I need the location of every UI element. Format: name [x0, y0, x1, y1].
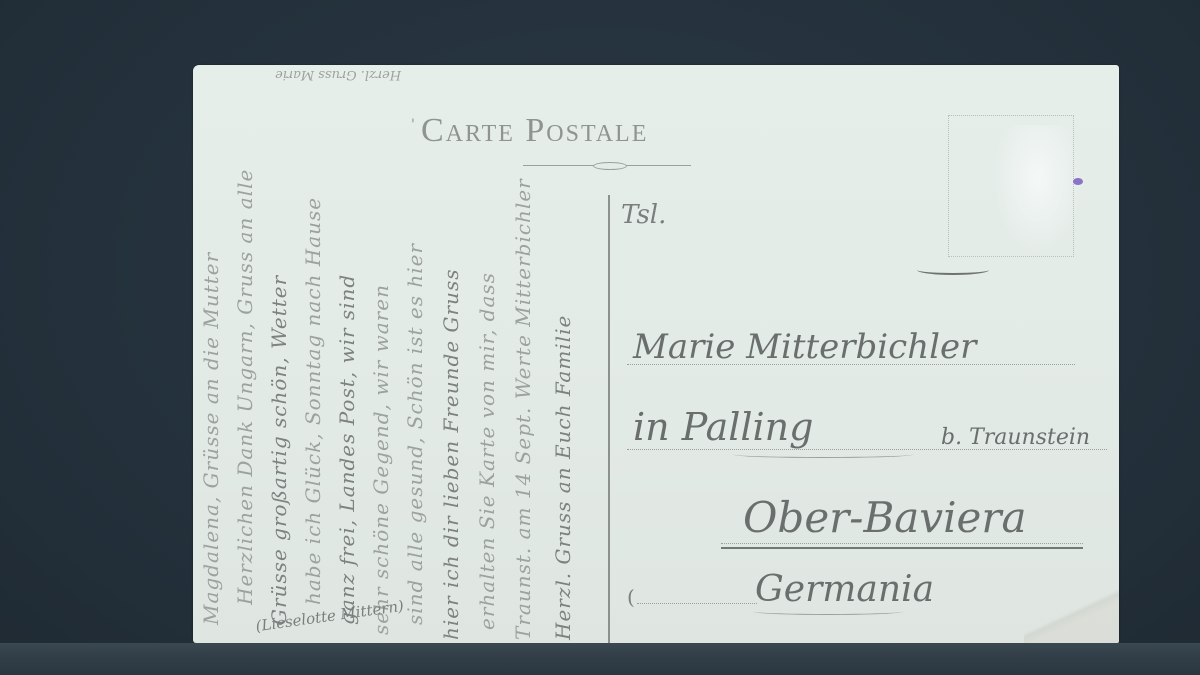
- message-line: Traunst. am 14 Sept. Werte Mitterbichler: [511, 178, 535, 640]
- message-address-divider: [608, 195, 610, 643]
- postcard-title: Carte Postale: [421, 112, 648, 150]
- message-line: sind alle gesund, Schön ist es hier: [403, 243, 427, 625]
- salutation-text: Tsl.: [621, 200, 666, 230]
- message-line: Grüsse großartig schön, Wetter: [267, 275, 291, 625]
- stamp-box: [948, 115, 1074, 257]
- message-line: habe ich Glück, Sonntag nach Hause: [301, 197, 325, 605]
- message-line: sehr schöne Gegend, wir waren: [369, 284, 393, 635]
- message-line: erhalten Sie Karte von mir, dass: [475, 272, 499, 630]
- town-underline: [733, 451, 913, 458]
- title-mark: ': [411, 117, 415, 133]
- recipient-town: in Palling: [633, 405, 813, 449]
- recipient-region: Ober-Baviera: [743, 493, 1026, 542]
- table-edge: [0, 643, 1200, 675]
- ornament-knot: [593, 162, 627, 170]
- recipient-country: Germania: [755, 569, 934, 610]
- message-line: Herzl. Gruss an Euch Familie: [551, 315, 575, 640]
- top-note-handwriting: Herzl. Gruss Marie: [275, 67, 401, 82]
- country-underline: [753, 608, 903, 615]
- message-line: ganz frei, Landes Post, wir sind: [335, 274, 359, 625]
- recipient-town-note: b. Traunstein: [941, 425, 1090, 450]
- message-line: Herzlichen Dank Ungarn, Gruss an alle: [233, 169, 257, 605]
- address-line-3-rule: [721, 543, 1083, 544]
- title-ornament: [523, 163, 691, 169]
- address-line-4-rule: [637, 603, 757, 604]
- paren-mark: (: [627, 585, 635, 609]
- recipient-name: Marie Mitterbichler: [633, 327, 976, 367]
- pen-stroke-mark: [917, 265, 989, 275]
- postcard: Herzl. Gruss Marie ' Carte Postale Magda…: [193, 65, 1119, 643]
- region-underline: [721, 547, 1083, 549]
- violet-ink-spot: [1073, 178, 1083, 185]
- message-line: Magdalena, Grüsse an die Mutter: [199, 252, 223, 625]
- message-line: hier ich dir lieben Freunde Gruss: [439, 269, 463, 640]
